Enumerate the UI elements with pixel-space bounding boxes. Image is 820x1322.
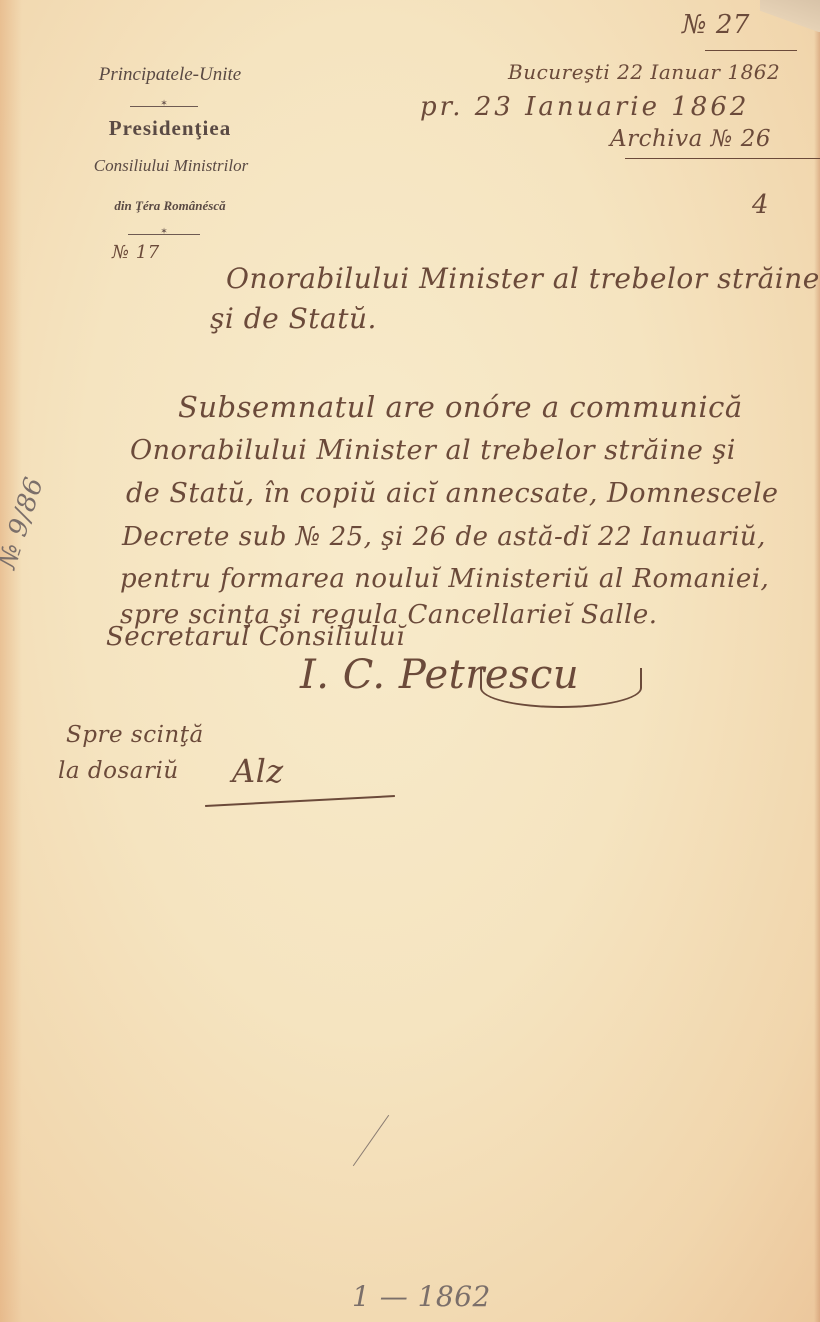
footer-reference: 1 — 1862 (352, 1280, 491, 1313)
closing-title: Secretarul Consiliuluĭ (106, 622, 405, 652)
annotation-initials: Alz (232, 752, 284, 790)
letterhead-tara: din Ţéra Românéscă (70, 198, 270, 214)
body-line-2: Onorabilului Minister al trebelor străin… (130, 435, 736, 466)
corner-fold (760, 0, 820, 32)
body-line-5: pentru formarea nouluĭ Ministeriŭ al Rom… (120, 564, 769, 594)
letterhead-consiliului: Consiliului Ministrilor (66, 156, 276, 176)
body-line-1: Subsemnatul are onóre a communică (178, 390, 743, 424)
signature-flourish (480, 668, 642, 708)
addressee-line-1: Onorabilului Minister al trebelor străin… (226, 262, 820, 295)
annotation-line-2: la dosariŭ (58, 758, 179, 784)
document-page: Principatele-Unite Presidenţiea Consiliu… (0, 0, 820, 1322)
annotation-line-1: Spre scinţă (66, 722, 204, 748)
registry-number: № 27 (682, 10, 750, 40)
letterhead-ornament-rule-bottom (128, 234, 200, 235)
letterhead-presidentia: Presidenţiea (70, 116, 270, 141)
letterhead-number: № 17 (112, 242, 160, 263)
page-number: 4 (752, 190, 769, 220)
registry-underline (705, 50, 797, 51)
body-line-4: Decrete sub № 25, şi 26 de astă-dĭ 22 Ia… (122, 522, 766, 552)
addressee-line-2: şi de Statŭ. (210, 302, 377, 335)
received-line: pr. 23 Ianuarie 1862 (420, 92, 749, 122)
letterhead-ornament-rule-top (130, 106, 198, 107)
paper-edge-right (814, 0, 820, 1322)
letterhead-principatele: Principatele-Unite (70, 64, 270, 86)
paper-edge-left (0, 0, 22, 1322)
archive-line: Archiva № 26 (610, 126, 771, 152)
date-line: Bucureşti 22 Ianuar 1862 (508, 60, 780, 84)
pencil-stroke (353, 1115, 389, 1166)
body-line-3: de Statŭ, în copiŭ aicĭ annecsate, Domne… (126, 478, 779, 509)
archive-underline (625, 158, 820, 159)
annotation-underline (205, 795, 395, 807)
